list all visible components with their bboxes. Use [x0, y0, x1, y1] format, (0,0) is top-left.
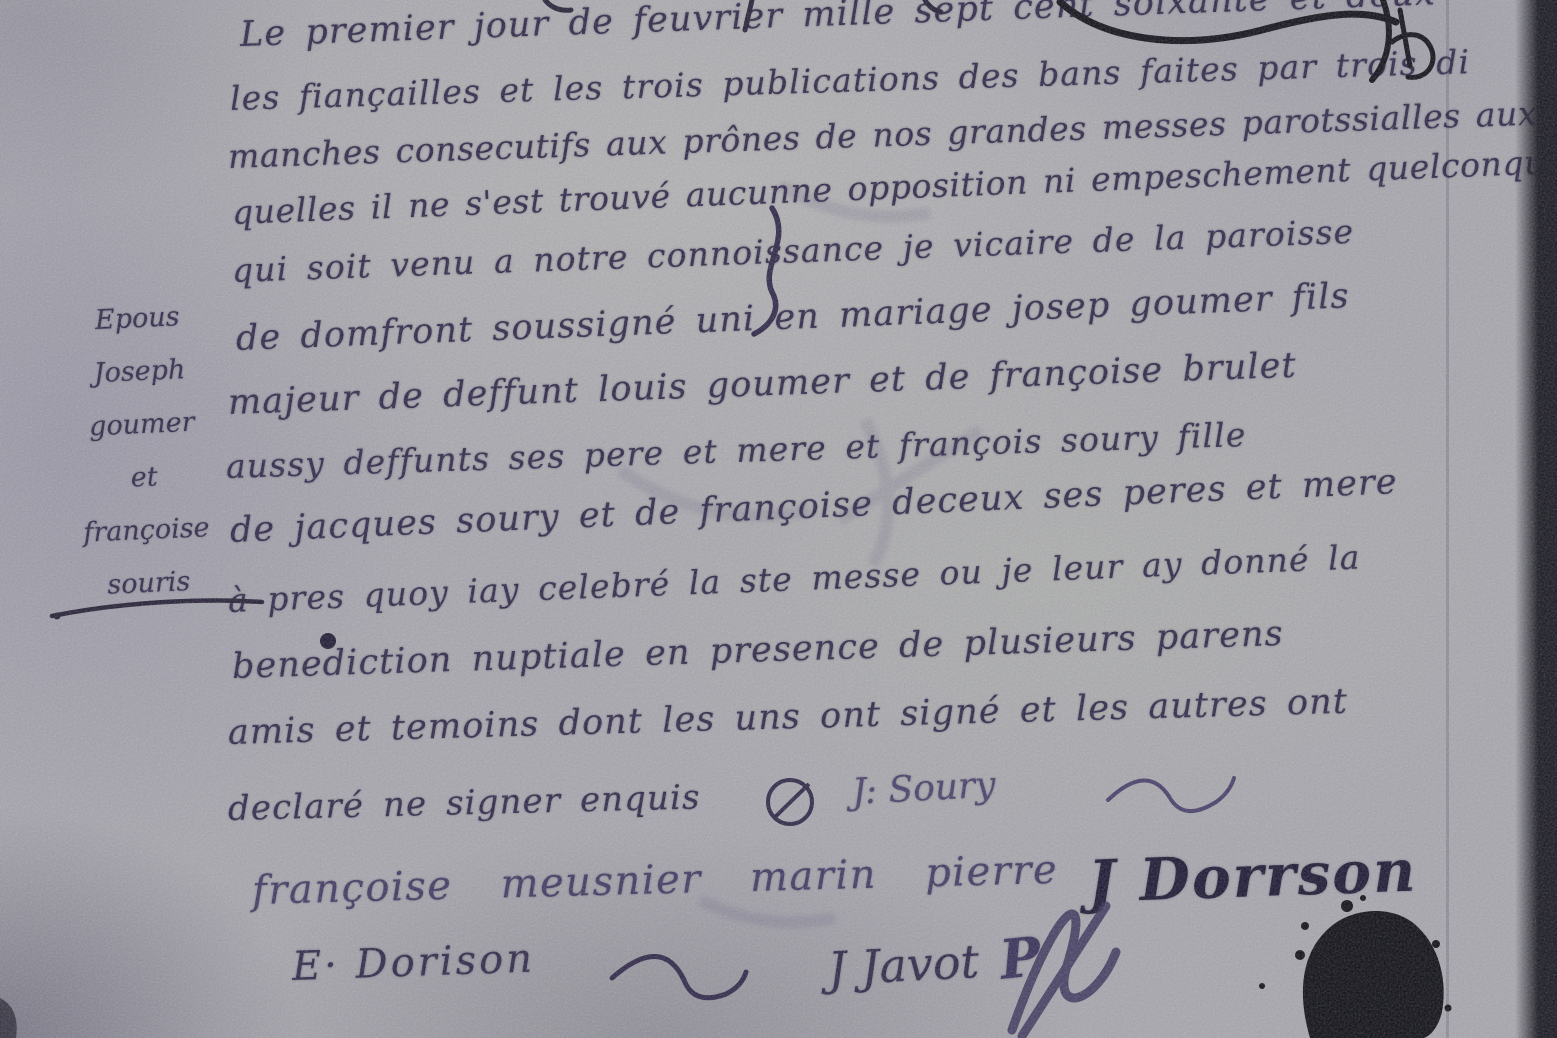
binding-edge [1515, 0, 1557, 1038]
soury-paraph [1108, 778, 1234, 811]
margin-note-line: et [58, 447, 230, 507]
signature-dorrson: J Dorrson [1087, 837, 1418, 916]
margin-note-line: souris [63, 553, 235, 613]
signature-soury: J: Soury [851, 765, 997, 813]
signature-paraph: P [997, 924, 1044, 992]
body-line: qui soit venu a notre connoissance je vi… [231, 215, 1354, 287]
body-line: à pres quoy iay celebré la ste messe ou … [227, 541, 1361, 617]
register-page: Epous Joseph goumer et françoise souris … [0, 0, 1557, 1038]
body-line: de domfront soussigné uni en mariage jos… [235, 279, 1350, 357]
margin-note-line: françoise [60, 500, 232, 560]
margin-note-line: Joseph [53, 341, 225, 401]
dorison-flourish [612, 956, 746, 997]
body-line: Le premier jour de feuvrier mille sept c… [239, 0, 1436, 53]
signature-javot: J Javot [827, 934, 981, 996]
body-line: declaré ne signer enquis [228, 780, 701, 826]
margin-note: Epous Joseph goumer et françoise souris [51, 288, 235, 613]
signature-dorison: E· Dorison [291, 936, 536, 990]
signature-witness-line: françoise meusnier marin pierre [251, 847, 1058, 914]
bottom-left-smear [0, 998, 17, 1038]
priest-mark [768, 780, 812, 824]
margin-note-line: goumer [56, 394, 228, 454]
body-line: amis et temoins dont les uns ont signé e… [228, 685, 1349, 751]
body-line: aussy deffunts ses pere et mere et franç… [225, 418, 1246, 483]
margin-note-line: Epous [51, 288, 223, 348]
ink-blot [1259, 895, 1452, 1038]
body-line: majeur de deffunt louis goumer et de fra… [227, 349, 1297, 421]
body-line: benediction nuptiale en presence de plus… [231, 617, 1284, 685]
